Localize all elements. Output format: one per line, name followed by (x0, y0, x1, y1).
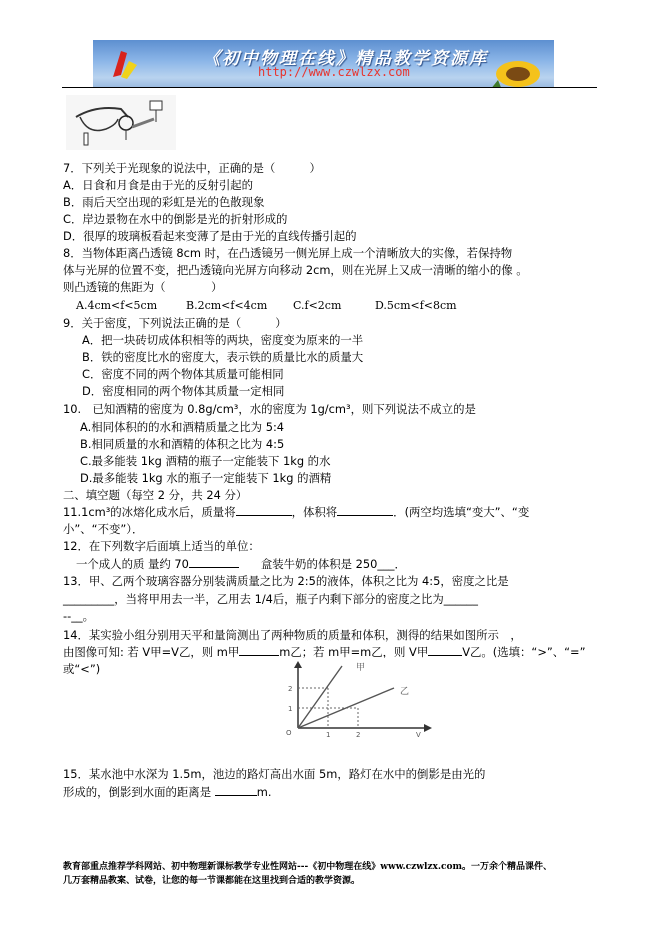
svg-text:1: 1 (326, 731, 330, 738)
question-15-line1: 15．某水池中水深为 1.5m，池边的路灯高出水面 5m，路灯在水中的倒影是由光… (63, 766, 485, 782)
question-8-option-d: D.5cm<f<8cm (375, 298, 457, 314)
question-8-stem-line2: 体与光屏的位置不变，把凸透镜向光屏方向移动 2cm，则在光屏上又成一清晰的缩小的… (63, 262, 528, 278)
question-9-option-d: D．密度相同的两个物体其质量一定相同 (82, 383, 284, 399)
header-banner: 《初中物理在线》精品教学资源库 http://www.czwlzx.com (93, 40, 554, 87)
question-9-option-b: B．铁的密度比水的密度大，表示铁的质量比水的质量大 (82, 349, 363, 365)
question-13-text: ，当将甲用去一半，乙用去 1/4后，瓶子内剩下部分的密度之比为______ (114, 592, 478, 606)
question-9-option-a: A．把一块砖切成体积相等的两块，密度变为原来的一半 (82, 332, 363, 348)
question-11-blank-mass[interactable] (236, 504, 292, 516)
question-11-line2: 小”、“不变”）． (63, 521, 143, 537)
question-8-stem-line3: 则凸透镜的焦距为（ ） (63, 279, 222, 295)
question-12-stem: 12．在下列数字后面填上适当的单位： (63, 538, 260, 554)
question-12-items: 一个成人的质 量约 70盒装牛奶的体积是 250___． (76, 556, 406, 572)
question-7-stem: 7．下列关于光现象的说法中，正确的是（ ） (63, 160, 321, 176)
section-2-heading: 二、填空题（每空 2 分，共 24 分） (63, 487, 247, 503)
question-9-option-c: C．密度不同的两个物体其质量可能相同 (82, 366, 284, 382)
question-9-stem: 9．关于密度，下列说法正确的是（ ） (63, 315, 287, 331)
question-8-options: A.4cm<f<5cmB.2cm<f<4cmC.f<2cmD.5cm<f<8cm (76, 298, 457, 314)
question-7-option-c: C．岸边景物在水中的倒影是光的折射形成的 (63, 211, 287, 227)
question-12-item-2: 盒装牛奶的体积是 250 (261, 557, 378, 571)
question-8-option-c: C.f<2cm (293, 298, 375, 314)
lens-experiment-illustration (66, 95, 176, 150)
question-12-blank-1[interactable] (189, 556, 239, 568)
question-7-option-a: A．日食和月食是由于光的反射引起的 (63, 177, 253, 193)
site-logo-icon (107, 47, 143, 81)
question-10-option-d: D.最多能装 1kg 水的瓶子一定能装下 1kg 的酒精 (80, 470, 331, 486)
question-11-text-3: ．(两空均选填“变大”、“变 (393, 505, 529, 519)
question-10-stem: 10. 已知酒精的密度为 0.8g/cm³，水的密度为 1g/cm³，则下列说法… (63, 401, 476, 417)
question-15-text: 形成的，倒影到水面的距离是 (63, 785, 211, 799)
question-13-blank-1[interactable]: _________ (63, 592, 114, 606)
question-14-line3: 或“<”) (63, 661, 100, 677)
question-13-line3: --__。 (63, 608, 94, 624)
sunflower-icon (484, 50, 544, 87)
svg-text:2: 2 (288, 685, 292, 693)
banner-url: http://www.czwlzx.com (258, 65, 410, 79)
question-15-blank[interactable] (215, 784, 257, 796)
question-14-text-2: m乙；若 m甲=m乙，则 V甲 (279, 645, 428, 659)
svg-text:O: O (286, 729, 292, 737)
question-13-line2: _________，当将甲用去一半，乙用去 1/4后，瓶子内剩下部分的密度之比为… (63, 591, 478, 607)
question-8-option-a: A.4cm<f<5cm (76, 298, 186, 314)
question-10-option-a: A.相同体积的的水和酒精质量之比为 5:4 (80, 419, 284, 435)
question-10-option-b: B.相同质量的水和酒精的体积之比为 4:5 (80, 436, 284, 452)
question-7-option-b: B．雨后天空出现的彩虹是光的色散现象 (63, 194, 264, 210)
question-8-stem-line1: 8．当物体距离凸透镜 8cm 时，在凸透镜另一侧光屏上成一个清晰放大的实像，若保… (63, 245, 512, 261)
header-rule (62, 87, 597, 88)
question-14-line1: 14．某实验小组分别用天平和量筒测出了两种物质的质量和体积，测得的结果如图所示 … (63, 627, 522, 643)
svg-text:V: V (416, 731, 421, 738)
question-12-item-1: 一个成人的质 量约 70 (76, 557, 189, 571)
svg-text:乙: 乙 (400, 686, 409, 697)
question-15-line2: 形成的，倒影到水面的距离是 m. (63, 784, 271, 800)
question-11-blank-volume[interactable] (337, 504, 393, 516)
question-7-option-d: D．很厚的玻璃板看起来变薄了是由于光的直线传播引起的 (63, 228, 357, 244)
svg-text:2: 2 (356, 731, 360, 738)
question-14-text-1: 由图像可知: 若 V甲=V乙，则 m甲 (63, 645, 239, 659)
question-11-text-2: ，体积将 (292, 505, 338, 519)
svg-text:甲: 甲 (356, 662, 365, 673)
question-8-option-b: B.2cm<f<4cm (186, 298, 293, 314)
question-14-blank-2[interactable] (428, 644, 462, 656)
footer-line1: 教育部重点推荐学科网站、初中物理新课标教学专业性网站---《初中物理在线》www… (63, 860, 552, 874)
question-12-blank-2[interactable]: ___． (377, 557, 405, 571)
mass-volume-chart: 甲 乙 2 1 O 1 2 V (276, 658, 446, 738)
question-14-blank-1[interactable] (239, 644, 279, 656)
question-15-unit: m. (257, 785, 272, 799)
question-11-line1: 11.1cm³的冰熔化成水后，质量将，体积将．(两空均选填“变大”、“变 (63, 504, 529, 520)
question-10-option-c: C.最多能装 1kg 酒精的瓶子一定能装下 1kg 的水 (80, 453, 330, 469)
svg-text:1: 1 (288, 705, 292, 713)
question-13-line1: 13．甲、乙两个玻璃容器分别装满质量之比为 2:5的液体，体积之比为 4:5，密… (63, 573, 509, 589)
question-14-text-3: V乙。(选填：“>”、“=” (462, 645, 585, 659)
question-11-text-1: 11.1cm³的冰熔化成水后，质量将 (63, 505, 236, 519)
footer-line2: 几万套精品教案、试卷，让您的每一节课都能在这里找到合适的教学资源。 (63, 874, 360, 888)
